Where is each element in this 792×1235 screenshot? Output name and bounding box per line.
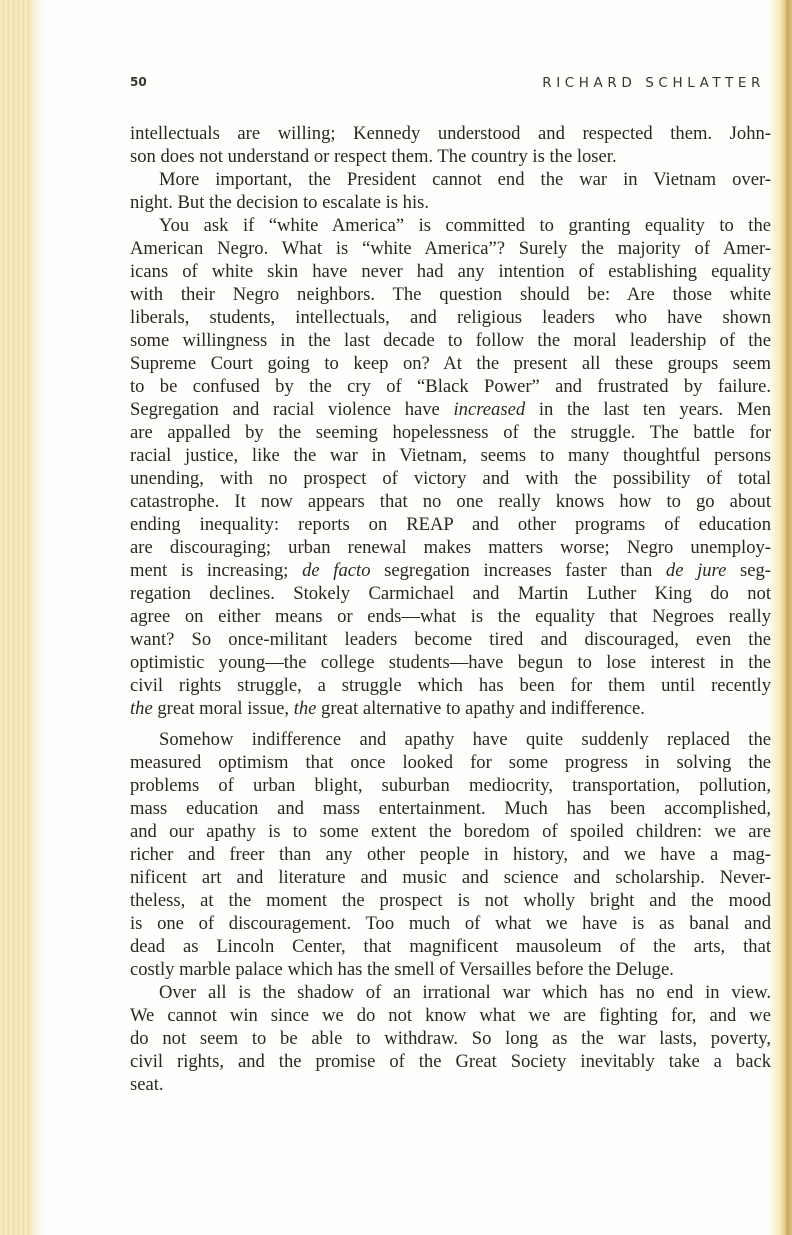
text-line: theless, at the moment the prospect is n… [130, 889, 771, 912]
text-line: want? So once-militant leaders become ti… [130, 628, 771, 651]
text-line: seat. [130, 1073, 771, 1096]
text-line: Somehow indifference and apathy have qui… [130, 728, 771, 751]
text-line: problems of urban blight, suburban medio… [130, 774, 771, 797]
text-line: do not seem to be able to withdraw. So l… [130, 1027, 771, 1050]
page-edge-shadow-left [32, 0, 46, 1235]
text-line: dead as Lincoln Center, that magnificent… [130, 935, 771, 958]
text-line: are appalled by the seeming hopelessness… [130, 421, 771, 444]
text-line: is one of discouragement. Too much of wh… [130, 912, 771, 935]
text-line: agree on either means or ends—what is th… [130, 605, 771, 628]
text-line: nificent art and literature and music an… [130, 866, 771, 889]
text-line: ending inequality: reports on REAP and o… [130, 513, 771, 536]
text-line: to be confused by the cry of “Black Powe… [130, 375, 771, 398]
paragraph: Somehow indifference and apathy have qui… [130, 728, 771, 981]
text-line: regation declines. Stokely Carmichael an… [130, 582, 771, 605]
page-number: 50 [130, 75, 147, 89]
italic-emphasis: the [294, 698, 317, 719]
text-line: racial justice, like the war in Vietnam,… [130, 444, 771, 467]
paragraph: Over all is the shadow of an irrational … [130, 981, 771, 1096]
text-line: Segregation and racial violence have inc… [130, 398, 771, 421]
text-line: are discouraging; urban renewal makes ma… [130, 536, 771, 559]
paragraph: More important, the President cannot end… [130, 168, 771, 214]
text-line: richer and freer than any other people i… [130, 843, 771, 866]
text-line: Supreme Court going to keep on? At the p… [130, 352, 771, 375]
body-text: intellectuals are willing; Kennedy under… [130, 122, 771, 1096]
text-line: You ask if “white America” is committed … [130, 214, 771, 237]
text-line: and our apathy is to some extent the bor… [130, 820, 771, 843]
text-line: American Negro. What is “white America”?… [130, 237, 771, 260]
text-line: night. But the decision to escalate is h… [130, 191, 771, 214]
text-line: with their Negro neighbors. The question… [130, 283, 771, 306]
text-line: measured optimism that once looked for s… [130, 751, 771, 774]
text-line: some willingness in the last decade to f… [130, 329, 771, 352]
italic-emphasis: de facto [302, 560, 370, 581]
text-line: icans of white skin have never had any i… [130, 260, 771, 283]
italic-emphasis: the [130, 698, 153, 719]
text-line: More important, the President cannot end… [130, 168, 771, 191]
page-stack-edge-right [778, 0, 792, 1235]
page-stack-edge-left [0, 0, 32, 1235]
text-line: We cannot win since we do not know what … [130, 1004, 771, 1027]
text-line: liberals, students, intellectuals, and r… [130, 306, 771, 329]
paragraph: intellectuals are willing; Kennedy under… [130, 122, 771, 168]
text-line: intellectuals are willing; Kennedy under… [130, 122, 771, 145]
text-line: mass education and mass entertainment. M… [130, 797, 771, 820]
text-line: civil rights struggle, a struggle which … [130, 674, 771, 697]
text-line: Over all is the shadow of an irrational … [130, 981, 771, 1004]
italic-emphasis: de jure [666, 560, 726, 581]
text-line: optimistic young—the college students—ha… [130, 651, 771, 674]
text-line: the great moral issue, the great alterna… [130, 697, 771, 720]
paragraph-gap [130, 720, 771, 728]
running-head-author: RICHARD SCHLATTER [542, 75, 765, 91]
text-line: catastrophe. It now appears that no one … [130, 490, 771, 513]
paragraph: You ask if “white America” is committed … [130, 214, 771, 720]
italic-emphasis: increased [454, 399, 526, 420]
text-line: son does not understand or respect them.… [130, 145, 771, 168]
text-line: ment is increasing; de facto segregation… [130, 559, 771, 582]
text-line: unending, with no prospect of victory an… [130, 467, 771, 490]
text-line: costly marble palace which has the smell… [130, 958, 771, 981]
running-head: 50 RICHARD SCHLATTER [130, 75, 771, 93]
text-line: civil rights, and the promise of the Gre… [130, 1050, 771, 1073]
